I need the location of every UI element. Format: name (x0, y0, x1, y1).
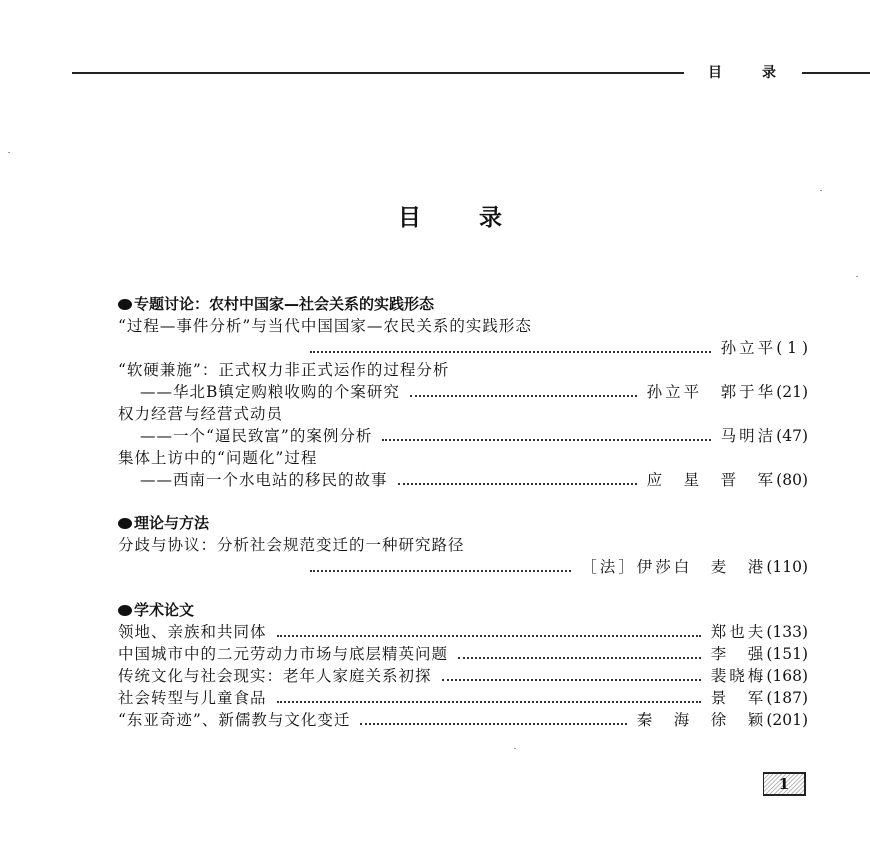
running-head: 目录 (72, 63, 870, 83)
entry-page: (187) (766, 687, 808, 709)
entry-page: (133) (766, 621, 808, 643)
entry-author: 秦 海 徐 颖 (637, 709, 767, 731)
entry-author: 孙立平 (721, 337, 777, 359)
section-heading-text: 专题讨论：农村中国家—社会关系的实践形态 (134, 293, 434, 315)
section-heading: 学术论文 (118, 599, 808, 621)
entry-title: “东亚奇迹”、新儒教与文化变迁 (118, 709, 350, 731)
entry-subtitle: ——华北B镇定购粮收购的个案研究 (140, 381, 400, 403)
entry-title: 分歧与协议：分析社会规范变迁的一种研究路径 (118, 534, 465, 556)
entry-author: 马明洁 (721, 425, 777, 447)
entry-title: 权力经营与经营式动员 (118, 403, 283, 425)
dot-leader (277, 701, 701, 703)
dot-leader (442, 679, 701, 681)
scan-speck (820, 190, 822, 191)
entry-title: 中国城市中的二元劳动力市场与底层精英问题 (118, 643, 448, 665)
dot-leader (310, 351, 711, 353)
entry-page: (201) (766, 709, 808, 731)
toc-entry[interactable]: 中国城市中的二元劳动力市场与底层精英问题 李 强 (151) (118, 643, 808, 665)
toc-entry[interactable]: 集体上访中的“问题化”过程 (118, 447, 808, 469)
toc-entry-subtitle-line[interactable]: ——华北B镇定购粮收购的个案研究 孙立平 郭于华 (21) (118, 381, 808, 403)
scan-speck (8, 152, 10, 153)
entry-title: 集体上访中的“问题化”过程 (118, 447, 317, 469)
section-heading-text: 理论与方法 (134, 512, 209, 534)
toc-entry[interactable]: “软硬兼施”：正式权力非正式运作的过程分析 (118, 359, 808, 381)
header-rule-right (802, 72, 870, 74)
toc-entry[interactable]: 权力经营与经营式动员 (118, 403, 808, 425)
page-number-box: 1 (763, 772, 806, 796)
entry-page: ( 1 ) (776, 337, 808, 359)
entry-author: 裴晓梅 (711, 665, 767, 687)
dot-leader (277, 635, 701, 637)
section-heading-text: 学术论文 (134, 599, 194, 621)
running-head-text: 目录 (708, 63, 816, 83)
toc-entry-leader-line[interactable]: ［法］伊莎白 麦 港 (110) (118, 556, 808, 578)
dot-leader (310, 570, 571, 572)
dot-leader (382, 439, 710, 441)
table-of-contents: 专题讨论：农村中国家—社会关系的实践形态 “过程—事件分析”与当代中国国家—农民… (118, 293, 808, 752)
entry-page: (110) (766, 556, 808, 578)
section-heading: 专题讨论：农村中国家—社会关系的实践形态 (118, 293, 808, 315)
toc-entry[interactable]: “东亚奇迹”、新儒教与文化变迁 秦 海 徐 颖 (201) (118, 709, 808, 731)
dot-leader (410, 395, 637, 397)
toc-entry[interactable]: 传统文化与社会现实：老年人家庭关系初探 裴晓梅 (168) (118, 665, 808, 687)
toc-section: 学术论文 领地、亲族和共同体 郑也夫 (133) 中国城市中的二元劳动力市场与底… (118, 599, 808, 731)
entry-page: (21) (776, 381, 808, 403)
entry-title: 传统文化与社会现实：老年人家庭关系初探 (118, 665, 432, 687)
bullet-icon (118, 299, 132, 310)
toc-entry[interactable]: 分歧与协议：分析社会规范变迁的一种研究路径 (118, 534, 808, 556)
toc-section: 理论与方法 分歧与协议：分析社会规范变迁的一种研究路径 ［法］伊莎白 麦 港 (… (118, 512, 808, 578)
bullet-icon (118, 518, 132, 529)
toc-entry-subtitle-line[interactable]: ——一个“逼民致富”的案例分析 马明洁 (47) (118, 425, 808, 447)
page-number: 1 (779, 774, 789, 794)
entry-subtitle: ——西南一个水电站的移民的故事 (140, 469, 388, 491)
entry-page: (168) (766, 665, 808, 687)
entry-author: ［法］伊莎白 麦 港 (581, 556, 766, 578)
toc-section: 专题讨论：农村中国家—社会关系的实践形态 “过程—事件分析”与当代中国国家—农民… (118, 293, 808, 491)
header-rule-left (72, 72, 684, 74)
section-heading: 理论与方法 (118, 512, 808, 534)
entry-page: (151) (766, 643, 808, 665)
entry-subtitle: ——一个“逼民致富”的案例分析 (140, 425, 372, 447)
toc-entry-subtitle-line[interactable]: ——西南一个水电站的移民的故事 应 星 晋 军 (80) (118, 469, 808, 491)
entry-title: “过程—事件分析”与当代中国国家—农民关系的实践形态 (118, 315, 532, 337)
toc-entry[interactable]: 领地、亲族和共同体 郑也夫 (133) (118, 621, 808, 643)
toc-entry[interactable]: 社会转型与儿童食品 景 军 (187) (118, 687, 808, 709)
page-title: 目录 (398, 203, 560, 233)
entry-title: 社会转型与儿童食品 (118, 687, 267, 709)
entry-author: 郑也夫 (711, 621, 767, 643)
entry-title: 领地、亲族和共同体 (118, 621, 267, 643)
scan-speck (856, 276, 858, 277)
bullet-icon (118, 605, 132, 616)
toc-entry[interactable]: “过程—事件分析”与当代中国国家—农民关系的实践形态 (118, 315, 808, 337)
dot-leader (398, 483, 637, 485)
entry-author: 应 星 晋 军 (647, 469, 777, 491)
dot-leader (458, 657, 701, 659)
entry-page: (80) (776, 469, 808, 491)
scan-speck (514, 748, 516, 749)
entry-page: (47) (776, 425, 808, 447)
toc-entry-leader-line[interactable]: 孙立平 ( 1 ) (118, 337, 808, 359)
entry-author: 李 强 (711, 643, 767, 665)
entry-title: “软硬兼施”：正式权力非正式运作的过程分析 (118, 359, 449, 381)
entry-author: 景 军 (711, 687, 767, 709)
entry-author: 孙立平 郭于华 (647, 381, 777, 403)
dot-leader (360, 723, 626, 725)
